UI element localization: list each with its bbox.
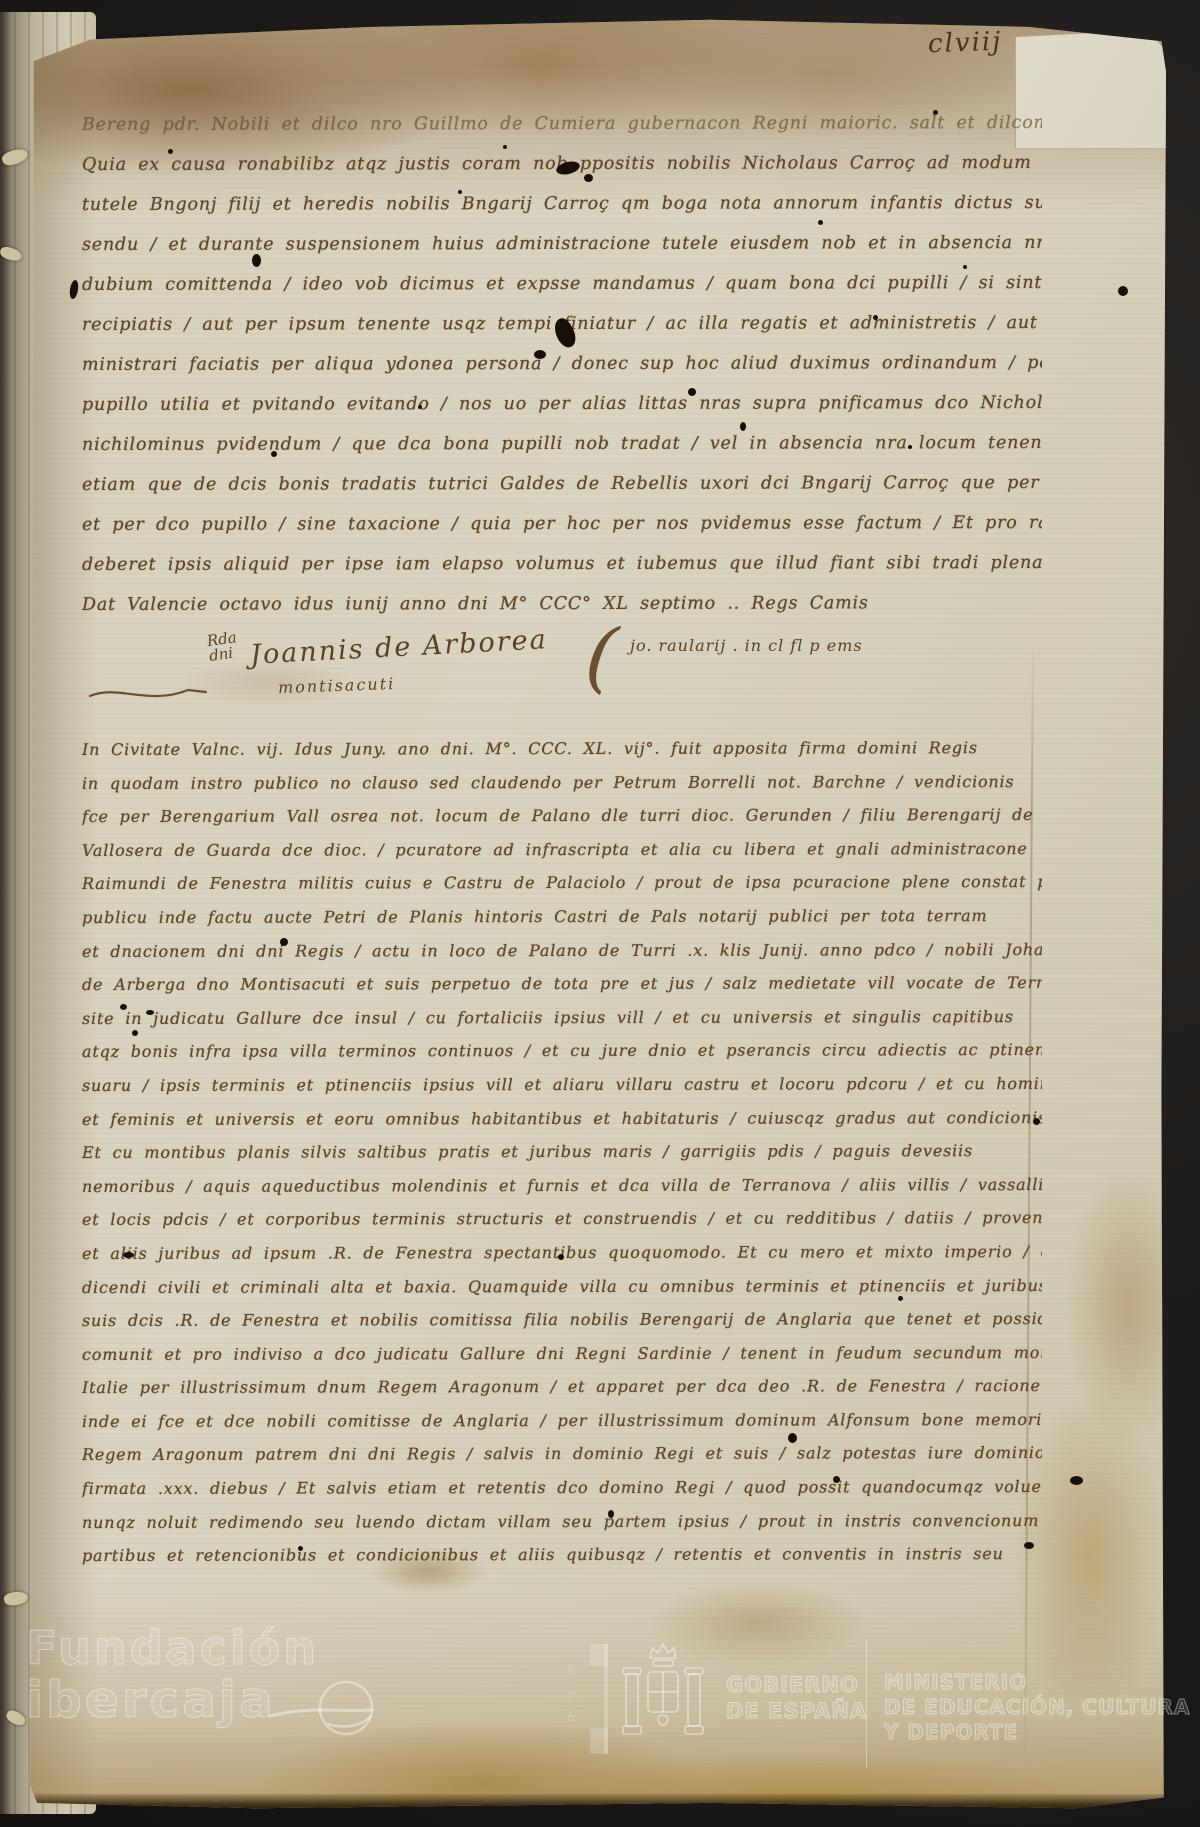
manuscript-line: Bereng pdr. Nobili et dilco nro Guillmo … bbox=[82, 104, 1042, 145]
text-block-notarial-act: In Civitate Valnc. vij. Idus Juny. ano d… bbox=[82, 732, 1042, 1572]
registration-abbreviation: Rda dni bbox=[206, 630, 240, 664]
text-block-royal-letter: Bereng pdr. Nobili et dilco nro Guillmo … bbox=[82, 104, 1042, 624]
manuscript-line: et locis pdcis / et corporibus terminis … bbox=[82, 1201, 1042, 1237]
manuscript-line: et dnacionem dni dni Regis / actu in loc… bbox=[82, 933, 1042, 969]
flourish-mark bbox=[88, 680, 208, 706]
manuscript-line: ministrari faciatis per aliqua ydonea pe… bbox=[82, 343, 1042, 385]
manuscript-line: et feminis et universis et eoru omnibus … bbox=[82, 1101, 1042, 1137]
manuscript-line: publicu inde factu aucte Petri de Planis… bbox=[82, 899, 1042, 935]
sewing-thread bbox=[3, 1590, 29, 1607]
manuscript-line: inde ei fce et dce nobili comitisse de A… bbox=[82, 1403, 1042, 1439]
manuscript-page: clviij Bereng pdr. Nobili et dilco nro G… bbox=[28, 18, 1166, 1810]
notary-signature-title: montisacuti bbox=[278, 674, 396, 697]
manuscript-line: Raimundi de Fenestra militis cuius e Cas… bbox=[82, 865, 1042, 901]
signature-paren-flourish: ( bbox=[581, 611, 621, 704]
manuscript-line: nunqz noluit redimendo seu luendo dictam… bbox=[82, 1504, 1042, 1540]
manuscript-line: Vallosera de Guarda dce dioc. / pcurator… bbox=[82, 832, 1042, 868]
stain-blob bbox=[648, 1578, 868, 1668]
manuscript-line: etiam que de dcis bonis tradatis tutrici… bbox=[82, 463, 1042, 505]
manuscript-line: in quodam instro publico no clauso sed c… bbox=[82, 765, 1042, 801]
manuscript-line: suis dcis .R. de Fenestra et nobilis com… bbox=[82, 1302, 1042, 1338]
regmark-bottom: dni bbox=[208, 645, 240, 664]
manuscript-line: tutele Bngonj filij et heredis nobilis B… bbox=[82, 183, 1042, 225]
manuscript-line: site in judicatu Gallure dce insul / cu … bbox=[82, 1000, 1042, 1036]
manuscript-line: Regem Aragonum patrem dni dni Regis / sa… bbox=[82, 1436, 1042, 1472]
manuscript-line: et aliis juribus ad ipsum .R. de Fenestr… bbox=[82, 1235, 1042, 1271]
manuscript-photo: clviij Bereng pdr. Nobili et dilco nro G… bbox=[0, 0, 1200, 1827]
manuscript-line: et per dco pupillo / sine taxacione / qu… bbox=[82, 503, 1042, 545]
registration-block: Rda dni Joannis de Arborea montisacuti (… bbox=[178, 618, 938, 728]
sewing-thread bbox=[0, 245, 23, 262]
manuscript-line: de Arberga dno Montisacuti et suis perpe… bbox=[82, 966, 1042, 1002]
manuscript-line: nichilominus pvidendum / que dca bona pu… bbox=[82, 423, 1042, 465]
manuscript-line: fce per Berengarium Vall osrea not. locu… bbox=[82, 798, 1042, 834]
manuscript-line: pupillo utilia et pvitando evitando / no… bbox=[82, 383, 1042, 425]
manuscript-line: In Civitate Valnc. vij. Idus Juny. ano d… bbox=[82, 732, 1042, 767]
manuscript-line: partibus et retencionibus et condicionib… bbox=[82, 1537, 1042, 1572]
manuscript-line: firmata .xxx. diebus / Et salvis etiam e… bbox=[82, 1470, 1042, 1506]
manuscript-line: Et cu montibus planis silvis saltibus pr… bbox=[82, 1134, 1042, 1170]
manuscript-line: suaru / ipsis terminis et ptinenciis ips… bbox=[82, 1067, 1042, 1103]
manuscript-line: deberet ipsis aliquid per ipse iam elaps… bbox=[82, 543, 1042, 585]
page-bottom-edge bbox=[28, 1794, 1166, 1810]
manuscript-line: Italie per illustrissimum dnum Regem Ara… bbox=[82, 1369, 1042, 1405]
manuscript-line: nemoribus / aquis aqueductibus molendini… bbox=[82, 1168, 1042, 1204]
chancery-note: jo. raularij . in cl fl p ems bbox=[630, 636, 863, 655]
notary-signature-name: Joannis de Arborea bbox=[249, 624, 548, 671]
manuscript-line: comunit et pro indiviso a dco judicatu G… bbox=[82, 1336, 1042, 1372]
manuscript-line: atqz bonis infra ipsa villa terminos con… bbox=[82, 1033, 1042, 1069]
sewing-thread bbox=[0, 146, 29, 168]
folio-number: clviij bbox=[927, 27, 1002, 60]
manuscript-line: sendu / et durante suspensionem huius ad… bbox=[82, 223, 1042, 265]
sewing-thread bbox=[4, 1708, 27, 1727]
manuscript-line: dubium comittenda / ideo vob dicimus et … bbox=[82, 263, 1042, 305]
stain-bottom-band bbox=[28, 1590, 1166, 1810]
